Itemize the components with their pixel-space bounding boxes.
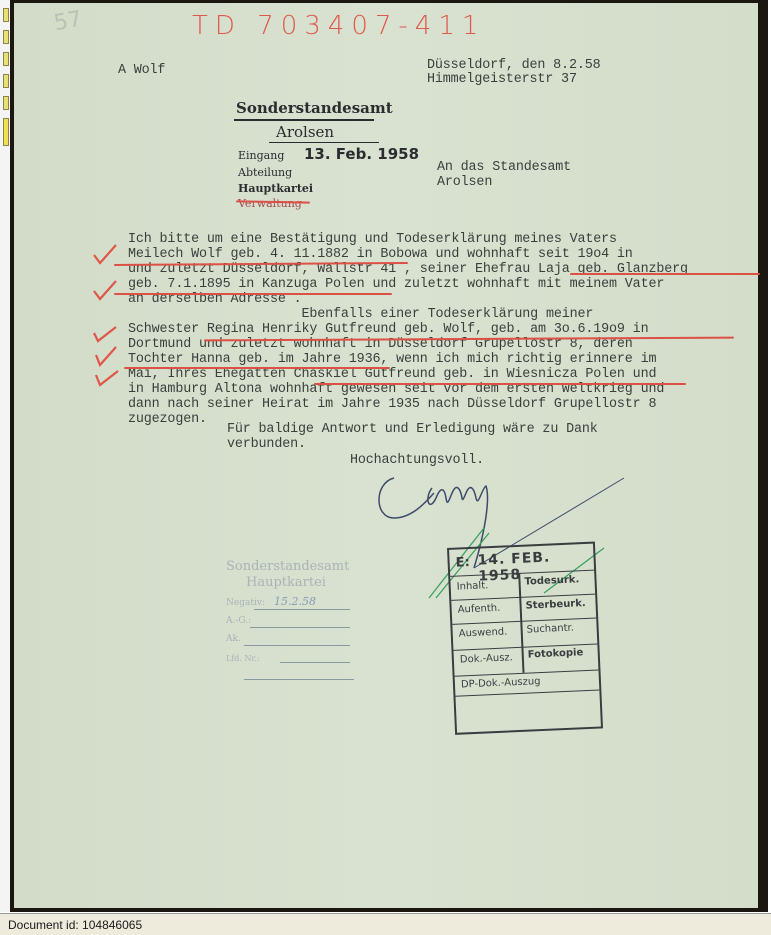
faded-stamp-field: Ak. <box>226 634 241 644</box>
body-line: dann nach seiner Heirat im Jahre 1935 na… <box>128 397 656 412</box>
box-stamp-cell: Aufenth. <box>457 603 500 616</box>
red-underline <box>314 383 686 385</box>
faded-stamp-field: Lfd. Nr.: <box>226 654 260 663</box>
red-underline <box>570 273 760 275</box>
faded-stamp-negativ-value: 15.2.58 <box>274 595 316 608</box>
box-stamp-cell: DP-Dok.-Auszug <box>461 676 541 690</box>
box-stamp-prefix: E: <box>455 555 470 571</box>
box-stamp: E: 14. FEB. 1958 Inhalt. Todesurk. Aufen… <box>447 542 603 735</box>
sender-address: Himmelgeisterstr 37 <box>427 72 577 87</box>
document-id-label: Document id: <box>8 918 79 932</box>
body-line: Tochter Hanna geb. im Jahre 1936, wenn i… <box>128 352 656 367</box>
stamp-underline <box>269 142 379 143</box>
box-stamp-cell: Suchantr. <box>526 623 574 636</box>
thumbnail-marker[interactable] <box>3 96 9 110</box>
stamp-field: Hauptkartei <box>238 182 313 195</box>
thumbnail-marker-selected[interactable] <box>3 118 9 146</box>
faded-stamp-office: Sonderstandesamt <box>226 559 349 574</box>
thumbnail-marker[interactable] <box>3 8 9 22</box>
body-line: Ebenfalls einer Todeserklärung meiner <box>128 307 593 322</box>
thumbnail-marker[interactable] <box>3 52 9 66</box>
place-date: Düsseldorf, den 8.2.58 <box>427 58 601 73</box>
box-stamp-divider <box>455 689 599 696</box>
stamp-entry-date: 13. Feb. 1958 <box>304 145 419 163</box>
stamp-entry-label: Eingang <box>238 149 284 162</box>
box-stamp-cell: Todesurk. <box>524 574 579 587</box>
box-stamp-cell: Fotokopie <box>528 647 584 660</box>
box-stamp-cell: Dok.-Ausz. <box>460 652 513 665</box>
document-page: 57 TD 703407-411 A Wolf Düsseldorf, den … <box>14 3 758 908</box>
stamp-underline <box>234 119 374 121</box>
corner-mark: 57 <box>52 7 84 36</box>
closing-line: Für baldige Antwort und Erledigung wäre … <box>227 422 598 437</box>
faded-stamp-field: Negativ: <box>226 598 265 608</box>
stamp-city: Arolsen <box>276 123 334 141</box>
check-icon <box>94 365 120 387</box>
document-id-value: 104846065 <box>82 918 142 932</box>
thumbnail-marker[interactable] <box>3 30 9 44</box>
sender-name: A Wolf <box>118 63 165 78</box>
body-line: Mai, Ihres Ehegatten Chaskiel Gutfreund … <box>128 367 656 382</box>
red-underline <box>114 293 392 295</box>
faded-stamp-line <box>244 645 350 646</box>
faded-stamp-line <box>244 679 354 680</box>
box-stamp-divider <box>452 618 596 625</box>
faded-stamp-department: Hauptkartei <box>246 575 326 590</box>
body-line: zugezogen. <box>128 412 207 427</box>
faded-stamp-field: A.-G.: <box>226 616 251 626</box>
body-line: Ich bitte um eine Bestätigung und Todese… <box>128 232 617 247</box>
faded-stamp-line <box>280 662 350 663</box>
body-line: Schwester Regina Henriky Gutfreund geb. … <box>128 322 648 337</box>
status-bar: Document id: 104846065 <box>0 913 771 935</box>
stamp-field: Verwaltung <box>238 197 302 210</box>
check-icon <box>92 243 118 265</box>
check-icon <box>92 279 118 301</box>
box-stamp-cell: Inhalt. <box>456 580 488 592</box>
box-stamp-column-divider <box>518 573 524 673</box>
faded-stamp-line <box>254 609 350 610</box>
check-icon <box>92 321 118 343</box>
closing-line: verbunden. <box>227 437 306 452</box>
reference-number: TD 703407-411 <box>192 11 485 41</box>
box-stamp-cell: Auswend. <box>459 626 508 639</box>
stamp-office: Sonderstandesamt <box>236 99 393 117</box>
body-line: Meilech Wolf geb. 4. 11.1882 in Bobowa u… <box>128 247 633 262</box>
recipient-line2: Arolsen <box>437 175 492 190</box>
red-underline <box>124 367 390 369</box>
stamp-field: Abteilung <box>238 166 292 179</box>
recipient-line1: An das Standesamt <box>437 160 571 175</box>
check-icon <box>94 345 120 367</box>
status-document-id: Document id: 104846065 <box>8 918 142 932</box>
thumbnail-marker[interactable] <box>3 74 9 88</box>
box-stamp-cell: Sterbeurk. <box>525 598 586 612</box>
faded-stamp-line <box>250 627 350 628</box>
body-line: geb. 7.1.1895 in Kanzuga Polen und zulet… <box>128 277 664 292</box>
